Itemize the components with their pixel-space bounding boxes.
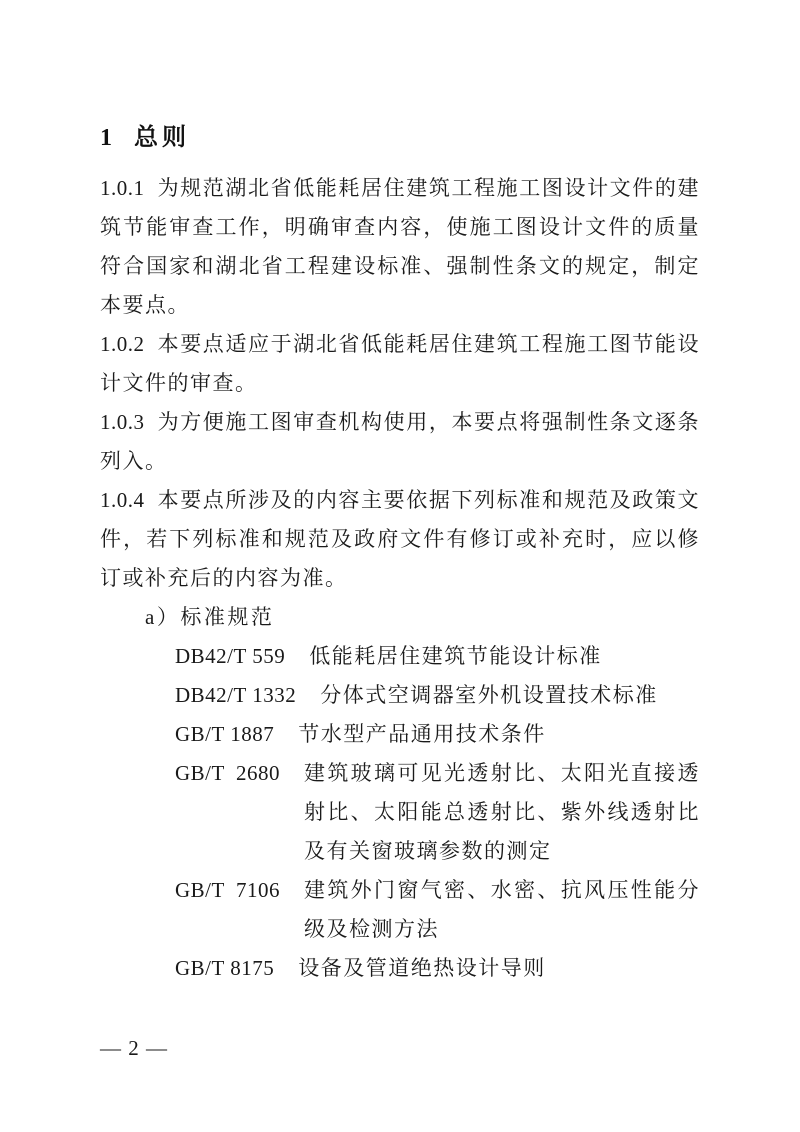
standard-item: GB/T 1887 节水型产品通用技术条件	[175, 715, 700, 754]
clause-number: 1.0.1	[100, 176, 145, 200]
standard-code: GB/T 1887	[175, 715, 274, 754]
clause-1-0-4: 1.0.4本要点所涉及的内容主要依据下列标准和规范及政策文件，若下列标准和规范及…	[100, 481, 700, 598]
clause-text: 本要点所涉及的内容主要依据下列标准和规范及政策文件，若下列标准和规范及政府文件有…	[100, 488, 700, 590]
section-heading: 1总则	[100, 122, 700, 154]
standard-code: DB42/T 559	[175, 637, 285, 676]
standard-code: GB/T 2680	[175, 754, 280, 871]
clause-number: 1.0.3	[100, 410, 145, 434]
standard-code: GB/T 7106	[175, 871, 280, 949]
clause-1-0-1: 1.0.1为规范湖北省低能耗居住建筑工程施工图设计文件的建筑节能审查工作，明确审…	[100, 169, 700, 325]
clause-text: 为方便施工图审查机构使用，本要点将强制性条文逐条列入。	[100, 410, 700, 473]
standard-item: DB42/T 1332 分体式空调器室外机设置技术标准	[175, 676, 700, 715]
standard-title: 分体式空调器室外机设置技术标准	[320, 676, 700, 715]
section-number: 1	[100, 125, 112, 151]
page-number: — 2 —	[100, 1036, 168, 1060]
clause-text: 本要点适应于湖北省低能耗居住建筑工程施工图节能设计文件的审查。	[100, 332, 700, 395]
clause-1-0-2: 1.0.2本要点适应于湖北省低能耗居住建筑工程施工图节能设计文件的审查。	[100, 325, 700, 403]
standards-list-label: a）标准规范	[145, 598, 700, 637]
standard-item: GB/T 2680 建筑玻璃可见光透射比、太阳光直接透射比、太阳能总透射比、紫外…	[175, 754, 700, 871]
section-title: 总则	[134, 125, 190, 151]
standard-title: 建筑玻璃可见光透射比、太阳光直接透射比、太阳能总透射比、紫外线透射比及有关窗玻璃…	[304, 754, 700, 871]
standard-title: 建筑外门窗气密、水密、抗风压性能分级及检测方法	[304, 871, 700, 949]
page-footer: — 2 —	[100, 1036, 168, 1061]
standard-item: GB/T 8175 设备及管道绝热设计导则	[175, 949, 700, 988]
standard-title: 低能耗居住建筑节能设计标准	[309, 637, 700, 676]
standard-title: 节水型产品通用技术条件	[298, 715, 700, 754]
standard-item: DB42/T 559 低能耗居住建筑节能设计标准	[175, 637, 700, 676]
standard-title: 设备及管道绝热设计导则	[298, 949, 700, 988]
standards-list: DB42/T 559 低能耗居住建筑节能设计标准 DB42/T 1332 分体式…	[100, 637, 700, 988]
clause-number: 1.0.2	[100, 332, 145, 356]
standard-item: GB/T 7106 建筑外门窗气密、水密、抗风压性能分级及检测方法	[175, 871, 700, 949]
clause-text: 为规范湖北省低能耗居住建筑工程施工图设计文件的建筑节能审查工作，明确审查内容，使…	[100, 176, 700, 317]
document-page: 1总则 1.0.1为规范湖北省低能耗居住建筑工程施工图设计文件的建筑节能审查工作…	[0, 0, 800, 1132]
standard-code: GB/T 8175	[175, 949, 274, 988]
clause-number: 1.0.4	[100, 488, 145, 512]
clause-1-0-3: 1.0.3为方便施工图审查机构使用，本要点将强制性条文逐条列入。	[100, 403, 700, 481]
standard-code: DB42/T 1332	[175, 676, 296, 715]
